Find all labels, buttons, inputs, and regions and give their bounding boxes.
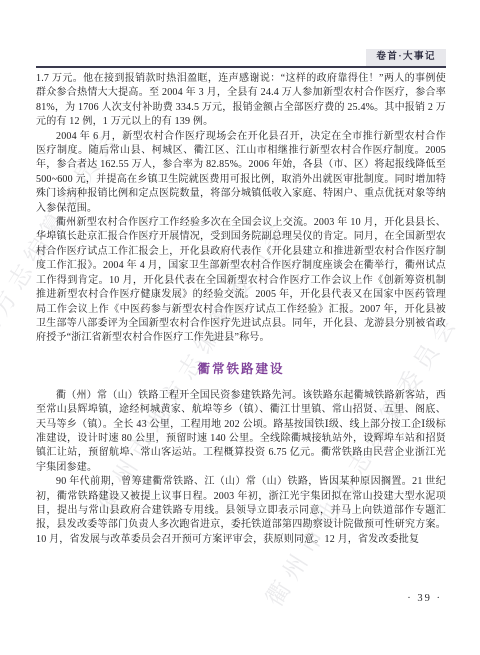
body-paragraph: 1.7 万元。他在接到报销款时热泪盈眶，连声感谢说：“这样的政府靠得住！”两人的… bbox=[36, 72, 446, 130]
body-text-block: 1.7 万元。他在接到报销款时热泪盈眶，连声感谢说：“这样的政府靠得住！”两人的… bbox=[36, 72, 446, 547]
page-number: · 39 · bbox=[407, 593, 442, 604]
body-paragraph: 衢州新型农村合作医疗工作经验多次在全国会议上交流。2003 年 10 月，开化县… bbox=[36, 216, 446, 346]
body-paragraph: 90 年代前期，曾筹建衢常铁路、江（山）常（山）铁路，皆因某种原因搁置。21 世… bbox=[36, 475, 446, 547]
header-rule bbox=[36, 66, 446, 68]
header-badge: 卷首·大事记 bbox=[366, 49, 446, 66]
body-paragraph: 衢（州）常（山）铁路工程开全国民资参建铁路先河。该铁路东起衢城铁路新客站，西至常… bbox=[36, 389, 446, 475]
body-paragraph: 2004 年 6 月，新型农村合作医疗现场会在开化县召开，决定在全市推行新型农村… bbox=[36, 130, 446, 216]
document-page: 衢州市地方志编纂委员会 衢州市地方志编纂委员会 衢州市地方志编纂委员会 卷首·大… bbox=[0, 0, 480, 655]
section-heading: 衢常铁路建设 bbox=[36, 359, 446, 377]
